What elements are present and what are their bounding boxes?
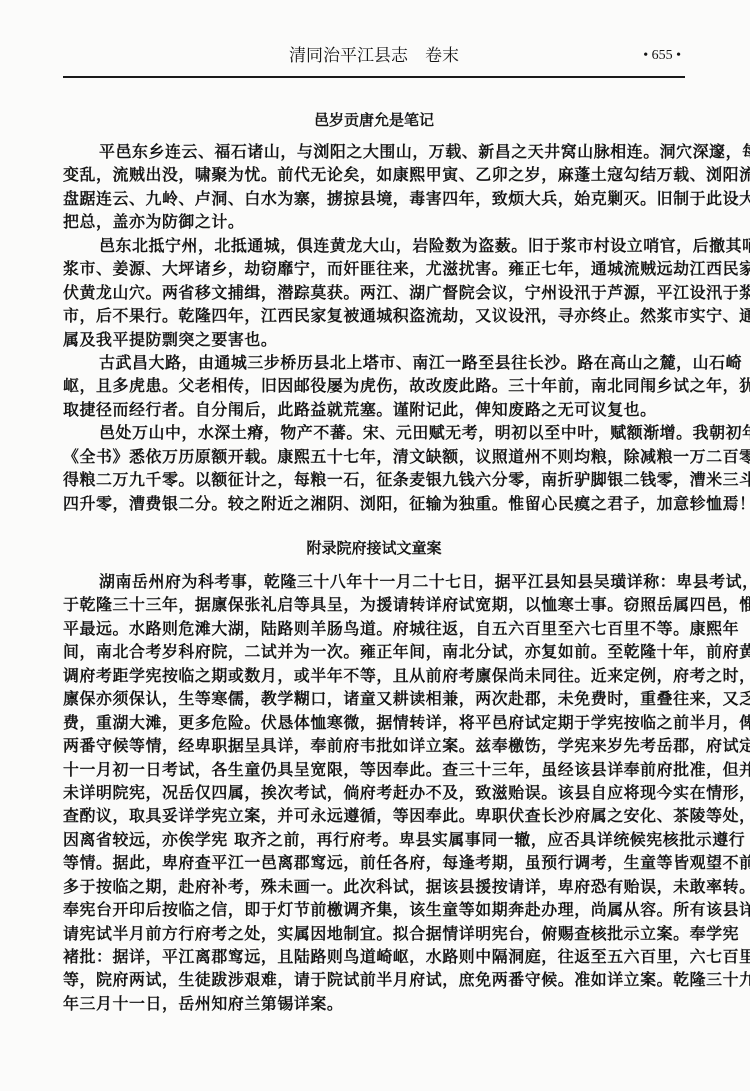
text-line: 调府考距学宪按临之期或数月，或半年不等，且从前府考廪保尚未同往。近来定例，府考之… [63, 664, 689, 687]
text-line: 《全书》悉依万历原额开载。康熙五十七年，清文缺额，议照道州不则均粮，除减粮一万二… [63, 445, 689, 468]
section-title-1: 邑岁贡唐允是笔记 [63, 109, 685, 131]
page-number: • 655 • [643, 44, 681, 68]
text-line: 市，后不果行。乾隆四年，江西民家复被通城积盗流劫，又议设汛，寻亦终止。然浆市实宁… [63, 304, 689, 327]
text-line: 取捷径而经行者。自分闱后，此路益就荒塞。谨附记此，俾知废路之无可议复也。 [63, 398, 689, 421]
header-rule [63, 76, 685, 78]
section-1-body: 平邑东乡连云、福石诸山，与浏阳之大围山，万载、新昌之天井窝山脉相连。洞穴深邃，每… [63, 140, 689, 515]
text-line: 褚批：据详，平江离郡窎远，且陆路则鸟道崎岖，水路则中隔洞庭，往返至五六百里，六七… [63, 945, 689, 968]
running-head: 清同治平江县志 卷末 • 655 • [63, 44, 685, 68]
text-line: 于乾隆三十三年，据廪保张礼启等具呈，为援请转详府试宽期，以恤寒士事。窃照岳属四邑… [63, 593, 689, 616]
paragraph: 湖南岳州府为科考事，乾隆三十八年十一月二十七日，据平江县知县吴璜详称：卑县考试，… [63, 570, 689, 1015]
text-line: 未详明院宪，况岳仅四属，挨次考试，倘府考赶办不及，致滋贻误。该县自应将现今实在情… [63, 781, 689, 804]
book-title: 清同治平江县志 卷末 [63, 44, 685, 68]
text-line: 年三月十一日，岳州知府兰第锡详案。 [63, 992, 689, 1015]
section-title-2: 附录院府接试文童案 [63, 537, 685, 559]
text-line: 廪保亦须保认，生等寒儒，教学糊口，诸童又耕读相兼，两次赴郡，未免费时，重叠往来，… [63, 687, 689, 710]
text-line: 浆市、姜源、大坪诸乡，劫窃靡宁，而奸匪往来，尤滋扰害。雍正七年，通城流贼远劫江西… [63, 257, 689, 280]
text-line: 等，院府两试，生徒跋涉艰难，请于院试前半月府试，庶免两番守候。准如详立案。乾隆三… [63, 968, 689, 991]
text-line: 间，南北合考岁科府院，二试并为一次。雍正年间，南北分试，亦复如前。至乾隆十年，前… [63, 640, 689, 663]
text-line: 盘踞连云、九岭、卢洞、白水为寨，掳掠县境，毒害四年，致烦大兵，始克剿灭。旧制于此… [63, 187, 689, 210]
text-line: 变乱，流贼出没，啸聚为忧。前代无论矣，如康熙甲寅、乙卯之岁，麻蓬土寇勾结万载、浏… [63, 163, 689, 186]
text-line: 属及我平提防剽突之要害也。 [63, 328, 689, 351]
text-line: 十一月初一日考试，各生童仍具呈宽限，等因奉此。查三十三年，虽经该县详奉前府批准，… [63, 758, 689, 781]
text-line: 多于按临之期，赴府补考，殊未画一。此次科试，据该县援按请详，卑府恐有贻误，未敢率… [63, 875, 689, 898]
paragraph: 平邑东乡连云、福石诸山，与浏阳之大围山，万载、新昌之天井窝山脉相连。洞穴深邃，每… [63, 140, 689, 234]
text-line: 等情。据此，卑府查平江一邑离郡窎远，前任各府，每逢考期，虽预行调考，生童等皆观望… [63, 851, 689, 874]
text-line: 请宪试半月前方行府考之处，实属因地制宜。拟合据情详明宪台，俯赐查核批示立案。奉学… [63, 922, 689, 945]
text-line: 邑处万山中，水深土瘠，物产不蕃。宋、元田赋无考，明初以至中叶，赋额渐增。我朝初年… [63, 421, 689, 444]
text-line: 因离省较远，亦俟学宪 取齐之前，再行府考。卑县实属事同一辙，应否具详统候宪核批示… [63, 828, 689, 851]
text-line: 岖，且多虎患。父老相传，旧因邮役屡为虎伤，故改废此路。三十年前，南北同闱乡试之年… [63, 374, 689, 397]
paragraph: 邑东北抵宁州，北抵通城，俱连黄龙大山，岩险数为盗薮。旧于浆市村设立哨官，后撤其哨… [63, 234, 689, 351]
text-line: 邑东北抵宁州，北抵通城，俱连黄龙大山，岩险数为盗薮。旧于浆市村设立哨官，后撤其哨… [63, 234, 689, 257]
text-line: 把总，盖亦为防御之计。 [63, 210, 689, 233]
text-line: 得粮二万九千零。以额征计之，每粮一石，征条麦银九钱六分零，南折驴脚银二钱零，漕米… [63, 468, 689, 491]
section-2-body: 湖南岳州府为科考事，乾隆三十八年十一月二十七日，据平江县知县吴璜详称：卑县考试，… [63, 570, 689, 1015]
text-line: 两番守候等情，经卑职据呈具详，奉前府韦批如详立案。兹奉檄饬，学宪来岁先考岳郡，府… [63, 734, 689, 757]
text-line: 费，重湖大滩，更多危险。伏恳体恤寒微，据情转详，将平邑府试定期于学宪按临之前半月… [63, 711, 689, 734]
paragraph: 古武昌大路，由通城三步桥历县北上塔市、南江一路至县往长沙。路在高山之麓，山石崎 … [63, 351, 689, 421]
text-line: 湖南岳州府为科考事，乾隆三十八年十一月二十七日，据平江县知县吴璜详称：卑县考试， [63, 570, 689, 593]
text-line: 伏黄龙山穴。两省移文捕缉，潜踪莫获。两江、湖广督院会议，宁州设汛于芦源，平江设汛… [63, 281, 689, 304]
text-line: 平邑东乡连云、福石诸山，与浏阳之大围山，万载、新昌之天井窝山脉相连。洞穴深邃，每… [63, 140, 689, 163]
text-line: 查酌议，取具妥详学宪立案，并可永远遵循，等因奉此。卑职伏查长沙府属之安化、茶陵等… [63, 804, 689, 827]
text-line: 平最远。水路则危滩大湖，陆路则羊肠鸟道。府城往返，自五六百里至六七百里不等。康熙… [63, 617, 689, 640]
text-line: 四升零，漕费银二分。较之附近之湘阴、浏阳，征输为独重。惟留心民瘼之君子，加意轸恤… [63, 492, 689, 515]
paragraph: 邑处万山中，水深土瘠，物产不蕃。宋、元田赋无考，明初以至中叶，赋额渐增。我朝初年… [63, 421, 689, 515]
text-line: 奉宪台开印后按临之信，即于灯节前檄调齐集，该生童等如期奔赴办理，尚属从容。所有该… [63, 898, 689, 921]
text-line: 古武昌大路，由通城三步桥历县北上塔市、南江一路至县往长沙。路在高山之麓，山石崎 [63, 351, 689, 374]
document-page: 清同治平江县志 卷末 • 655 • 邑岁贡唐允是笔记 平邑东乡连云、福石诸山，… [0, 0, 750, 1091]
